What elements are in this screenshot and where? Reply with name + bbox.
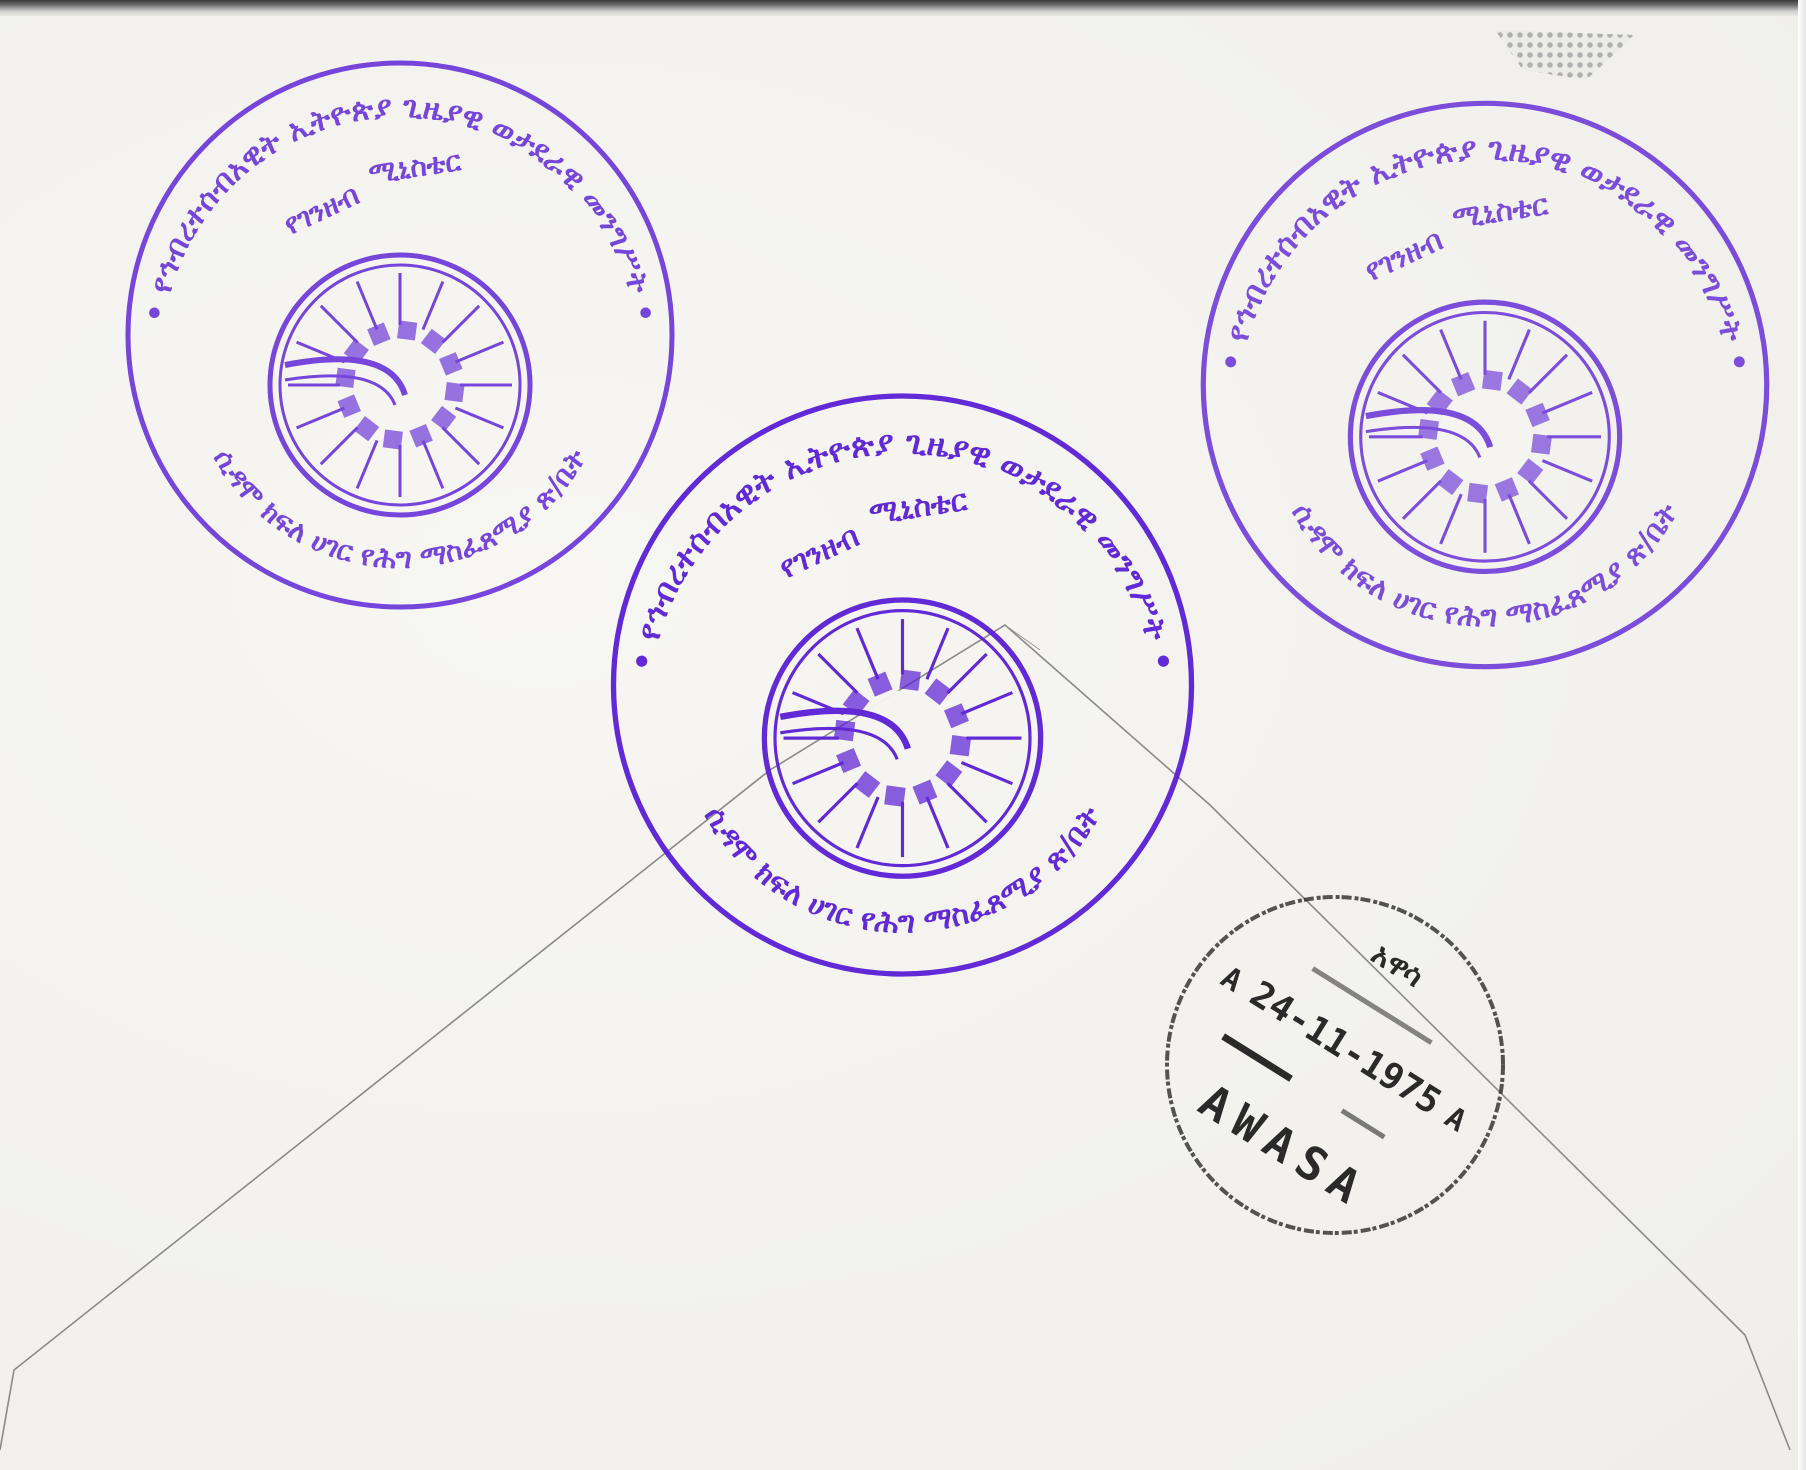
- seal-inner-line-1: የገንዘብ: [279, 178, 364, 241]
- postmark-town: AWASA: [1190, 1074, 1378, 1220]
- seal-inner-line-2: ሚኒስቴር: [366, 144, 463, 190]
- postmark-town-amharic: አዋሳ: [1365, 936, 1429, 994]
- gear-sunburst-emblem-icon: [1350, 302, 1619, 571]
- seal-center: • የኅብረተሰብአዊት ኢትዮጵያ ጊዜያዊ ወታደራዊ መንግሥት •ሲዳሞ…: [605, 385, 1200, 985]
- seal-inner-line-2: ሚኒስቴር: [1450, 187, 1551, 234]
- seal-left: • የኅብረተሰብአዊት ኢትዮጵያ ጊዜያዊ ወታደራዊ መንግሥት •ሲዳሞ…: [120, 55, 680, 615]
- seal-right: • የኅብረተሰብአዊት ኢትዮጵያ ጊዜያዊ ወታደራዊ መንግሥት •ሲዳሞ…: [1195, 95, 1775, 675]
- postmark-awasa: አዋሳ 24-11-1975 A A AWASA: [1155, 885, 1515, 1245]
- postmark-prefix: A: [1215, 960, 1249, 999]
- seal-inner-line-2: ሚኒስቴር: [867, 483, 971, 532]
- envelope-back: • የኅብረተሰብአዊት ኢትዮጵያ ጊዜያዊ ወታደራዊ መንግሥት •ሲዳሞ…: [0, 0, 1806, 1470]
- seal-inner-line-1: የገንዘብ: [1360, 223, 1448, 288]
- postmark-suffix: A: [1438, 1100, 1472, 1139]
- seal-inner-line-1: የገንዘብ: [774, 519, 864, 586]
- postmark-date: 24-11-1975: [1243, 974, 1449, 1124]
- gear-sunburst-emblem-icon: [764, 600, 1040, 876]
- gear-sunburst-emblem-icon: [270, 255, 530, 515]
